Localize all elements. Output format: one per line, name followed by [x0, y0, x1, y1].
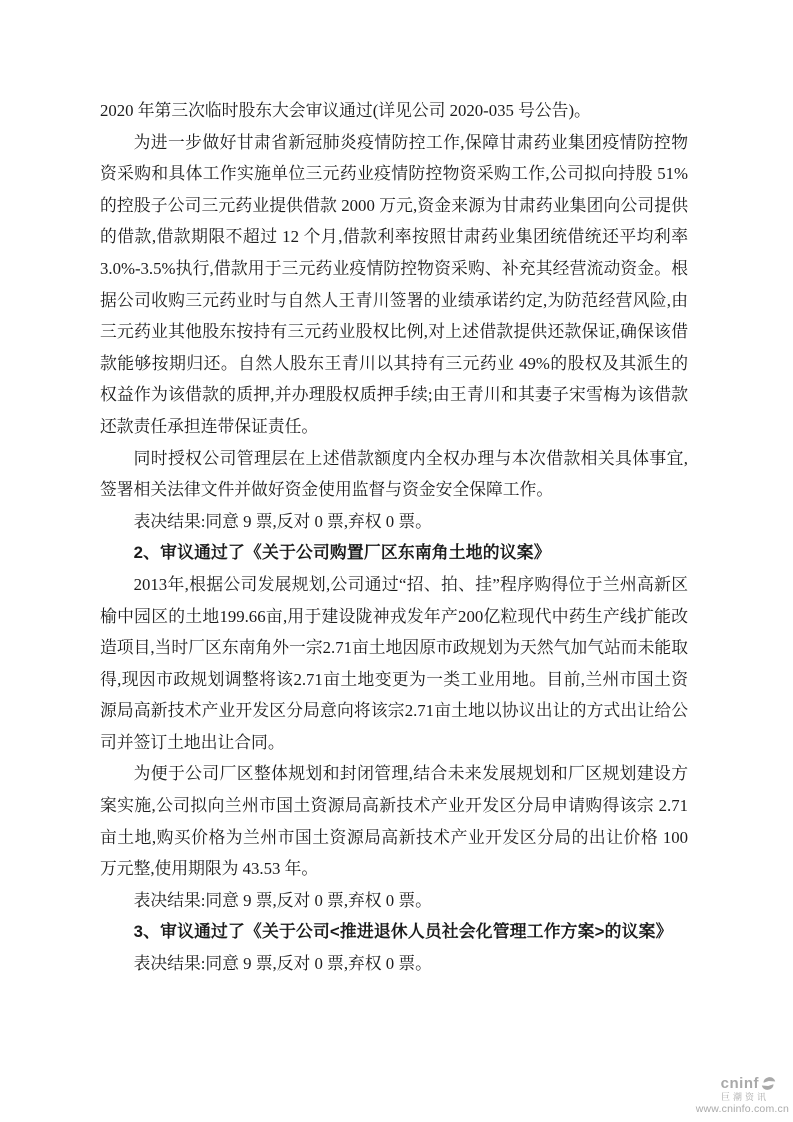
vote-result-3: 表决结果:同意 9 票,反对 0 票,弃权 0 票。	[100, 948, 688, 980]
document-page: 2020 年第三次临时股东大会审议通过(详见公司 2020-035 号公告)。 …	[0, 0, 793, 1122]
cninfo-logo: cninf 巨潮资讯 www.cninfo.com.cn	[696, 1075, 789, 1115]
paragraph-continuation: 2020 年第三次临时股东大会审议通过(详见公司 2020-035 号公告)。	[100, 95, 688, 127]
cninfo-website-url: www.cninfo.com.cn	[696, 1104, 789, 1115]
paragraph-land-purchase: 为便于公司厂区整体规划和封闭管理,结合未来发展规划和厂区规划建设方案实施,公司拟…	[100, 758, 688, 884]
vote-result-1: 表决结果:同意 9 票,反对 0 票,弃权 0 票。	[100, 506, 688, 538]
cninfo-brand-chinese: 巨潮资讯	[696, 1093, 789, 1102]
cninfo-brand-row: cninf	[696, 1075, 789, 1092]
document-body: 2020 年第三次临时股东大会审议通过(详见公司 2020-035 号公告)。 …	[100, 95, 688, 980]
paragraph-authorization: 同时授权公司管理层在上述借款额度内全权办理与本次借款相关具体事宜,签署相关法律文…	[100, 443, 688, 506]
cninfo-swirl-icon	[760, 1075, 777, 1092]
paragraph-land-background: 2013年,根据公司发展规划,公司通过“招、拍、挂”程序购得位于兰州高新区榆中园…	[100, 569, 688, 759]
cninfo-brand-text: cninf	[721, 1076, 759, 1091]
paragraph-loan-details: 为进一步做好甘肃省新冠肺炎疫情防控工作,保障甘肃药业集团疫情防控物资采购和具体工…	[100, 127, 688, 443]
section-heading-2: 2、审议通过了《关于公司购置厂区东南角土地的议案》	[100, 537, 688, 569]
vote-result-2: 表决结果:同意 9 票,反对 0 票,弃权 0 票。	[100, 885, 688, 917]
section-heading-3: 3、审议通过了《关于公司<推进退休人员社会化管理工作方案>的议案》	[100, 916, 688, 948]
